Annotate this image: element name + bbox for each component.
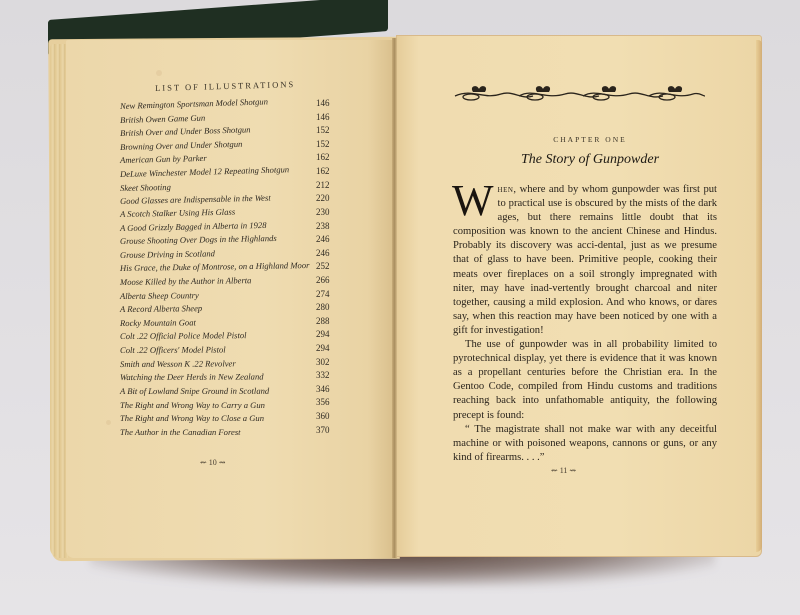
book-gutter	[392, 38, 397, 558]
page-number: 274	[316, 289, 330, 299]
list-item: His Grace, the Duke of Montrose, on a Hi…	[120, 263, 340, 276]
right-page-edge	[756, 40, 762, 552]
list-item: Rocky Mountain Goat	[120, 318, 340, 331]
page-number: 356	[316, 397, 330, 407]
list-item: Grouse Shooting Over Dogs in the Highlan…	[120, 236, 340, 249]
drop-cap: W	[452, 183, 494, 219]
page-number: 360	[316, 411, 330, 421]
page-number: 302	[316, 357, 330, 367]
page-number: 294	[316, 343, 330, 353]
page-number: 294	[316, 329, 330, 339]
page-number: 152	[316, 125, 330, 135]
page-number: 246	[316, 234, 330, 244]
page-number: 280	[316, 302, 330, 312]
decorative-ornament-icon	[453, 84, 706, 102]
folio-left: ⇜ 10 ⇝	[200, 458, 225, 467]
page-number: 346	[316, 384, 330, 394]
quote: “ The magistrate shall not make war with…	[453, 423, 717, 465]
list-item: Alberta Sheep Country	[120, 291, 340, 304]
list-item: The Right and Wrong Way to Carry a Gun	[120, 400, 340, 413]
page-number: 238	[316, 221, 330, 231]
paragraph-2: The use of gunpowder was in all probabil…	[453, 338, 717, 423]
list-item: New Remington Sportsman Model Shotgun	[120, 101, 340, 114]
page-number: 370	[316, 425, 330, 435]
page-number: 252	[316, 261, 330, 271]
list-item: Browning Over and Under Shotgun	[120, 142, 340, 155]
page-number: 212	[316, 180, 330, 190]
page-number: 152	[316, 139, 330, 149]
folio-right: ⇜ 11 ⇝	[551, 466, 576, 475]
list-item: The Author in the Canadian Forest	[120, 427, 340, 440]
page-number: 230	[316, 207, 330, 217]
page-number: 266	[316, 275, 330, 285]
list-item: The Right and Wrong Way to Close a Gun	[120, 413, 340, 426]
list-item: Colt .22 Officers' Model Pistol	[120, 345, 340, 358]
list-item: Colt .22 Official Police Model Pistol	[120, 331, 340, 344]
list-item: Moose Killed by the Author in Alberta	[120, 277, 340, 290]
first-word: hen	[498, 184, 514, 195]
page-number: 146	[316, 98, 330, 108]
chapter-label: CHAPTER ONE	[530, 135, 650, 144]
list-item: Smith and Wesson K .22 Revolver	[120, 359, 340, 372]
page-number: 220	[316, 193, 330, 203]
list-item: A Bit of Lowland Snipe Ground in Scotlan…	[120, 386, 340, 399]
chapter-title: The Story of Gunpowder	[480, 152, 700, 168]
page-number: 246	[316, 248, 330, 258]
page-number: 288	[316, 316, 330, 326]
list-item: Watching the Deer Herds in New Zealand	[120, 372, 340, 385]
paragraph-1: When, where and by whom gunpowder was fi…	[453, 183, 717, 338]
page-number: 332	[316, 370, 330, 380]
page-number: 162	[316, 152, 330, 162]
list-item: A Record Alberta Sheep	[120, 304, 340, 317]
chapter-body: When, where and by whom gunpowder was fi…	[453, 183, 717, 465]
list-item: DeLuxe Winchester Model 12 Repeating Sho…	[120, 169, 340, 182]
page-number: 146	[316, 112, 330, 122]
page-number: 162	[316, 166, 330, 176]
